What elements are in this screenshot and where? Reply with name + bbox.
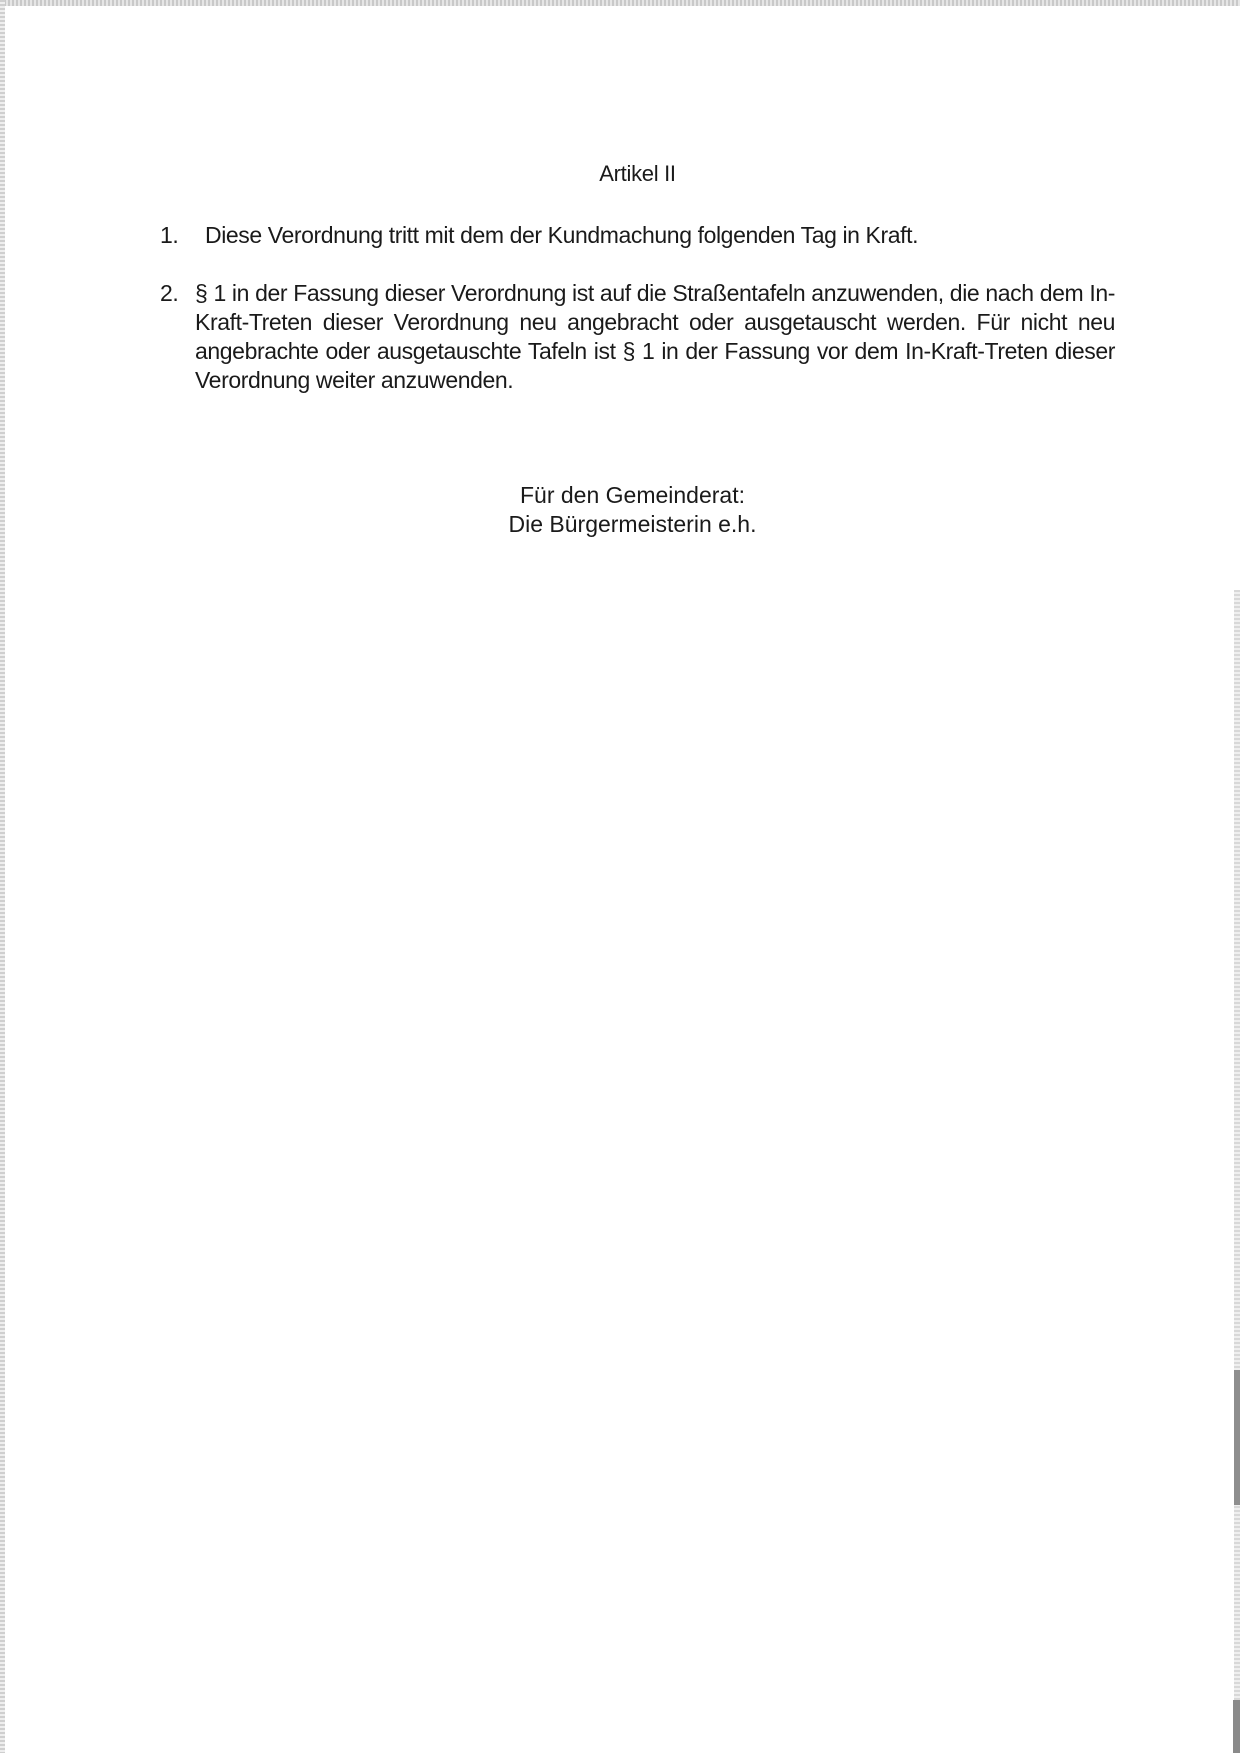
list-item-2: 2. § 1 in der Fassung dieser Verordnung … [160,279,1115,395]
scan-edge-right [1234,590,1240,1753]
article-heading: Artikel II [0,161,1240,187]
signature-line-mayor: Die Bürgermeisterin e.h. [0,510,1240,539]
list-item-number: 1. [160,221,178,250]
signature-line-council: Für den Gemeinderat: [0,481,1240,510]
list-item-text: § 1 in der Fassung dieser Verordnung ist… [195,279,1115,395]
list-item-text: Diese Verordnung tritt mit dem der Kundm… [205,221,918,250]
list-item-number: 2. [160,279,178,308]
scan-edge-left [0,0,5,1753]
signature-block: Für den Gemeinderat: Die Bürgermeisterin… [0,481,1240,539]
scan-edge-shadow-bottom [1233,1700,1240,1753]
scan-edge-top [0,0,1240,6]
scan-edge-shadow [1234,1370,1240,1505]
